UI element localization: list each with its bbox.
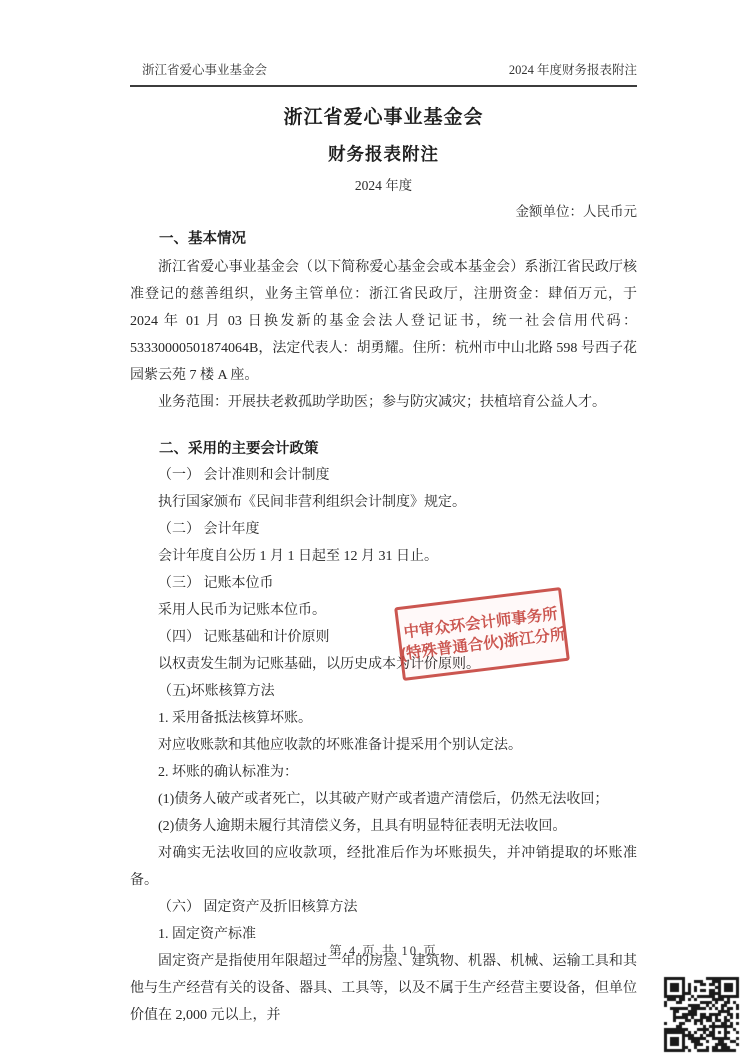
header-left-text: 浙江省爱心事业基金会 — [130, 60, 267, 78]
policy-line: （一） 会计准则和会计制度 — [130, 462, 637, 489]
page-number: 第 4 页 共 10 页 — [130, 941, 637, 959]
policy-line: 对应收账款和其他应收款的坏账准备计提采用个别认定法。 — [130, 732, 637, 759]
policy-line: (1)债务人破产或者死亡，以其破产财产或者遗产清偿后，仍然无法收回； — [130, 786, 637, 813]
policy-line: （二） 会计年度 — [130, 516, 637, 543]
paragraph: 浙江省爱心事业基金会（以下简称爱心基金会或本基金会）系浙江省民政厅核准登记的慈善… — [130, 254, 637, 389]
section2-heading: 二、采用的主要会计政策 — [130, 438, 637, 460]
policy-line: (2)债务人逾期未履行其清偿义务，且具有明显特征表明无法收回。 — [130, 813, 637, 840]
document-title-doc: 财务报表附注 — [130, 142, 637, 166]
policy-line: 执行国家颁布《民间非营利组织会计制度》规定。 — [130, 489, 637, 516]
header-right-text: 2024 年度财务报表附注 — [509, 60, 637, 78]
policy-line: 1. 采用备抵法核算坏账。 — [130, 705, 637, 732]
document-page: 浙江省爱心事业基金会 2024 年度财务报表附注 浙江省爱心事业基金会 财务报表… — [0, 0, 750, 1061]
policy-line: 固定资产是指使用年限超过一年的房屋、建筑物、机器、机械、运输工具和其他与生产经营… — [130, 948, 637, 1029]
policy-line: 会计年度自公历 1 月 1 日起至 12 月 31 日止。 — [130, 543, 637, 570]
paragraph: 业务范围：开展扶老救孤助学助医；参与防灾减灾；扶植培育公益人才。 — [130, 389, 637, 416]
document-title-period: 2024 年度 — [130, 176, 637, 196]
section1-heading: 一、基本情况 — [130, 228, 637, 250]
qr-code — [658, 971, 746, 1059]
policy-line: 2. 坏账的确认标准为： — [130, 759, 637, 786]
page-header: 浙江省爱心事业基金会 2024 年度财务报表附注 — [130, 60, 637, 87]
policy-line: （五)坏账核算方法 — [130, 678, 637, 705]
policy-line: （六） 固定资产及折旧核算方法 — [130, 894, 637, 921]
document-body: 浙江省爱心事业基金会 财务报表附注 2024 年度 金额单位：人民币元 一、基本… — [130, 106, 637, 1029]
currency-unit-note: 金额单位：人民币元 — [130, 202, 637, 222]
qr-code-image — [660, 973, 744, 1057]
policy-line: 对确实无法收回的应收款项，经批准后作为坏账损失，并冲销提取的坏账准备。 — [130, 840, 637, 894]
section1-paragraphs: 浙江省爱心事业基金会（以下简称爱心基金会或本基金会）系浙江省民政厅核准登记的慈善… — [130, 254, 637, 416]
document-title-org: 浙江省爱心事业基金会 — [130, 106, 637, 130]
